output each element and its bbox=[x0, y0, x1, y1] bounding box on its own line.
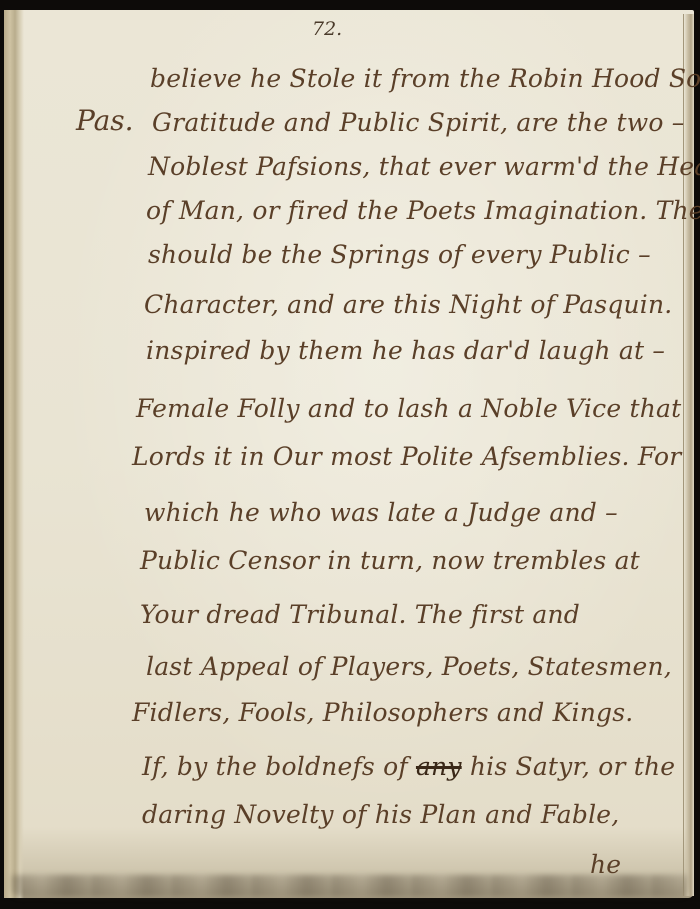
catchword: he bbox=[590, 850, 621, 879]
text-line-6: Character, and are this Night of Pasquin… bbox=[144, 290, 672, 319]
struck-word: any bbox=[416, 752, 462, 781]
speaker-label: Pas. bbox=[76, 104, 134, 137]
page-number: 72. bbox=[312, 18, 342, 40]
page-edge bbox=[683, 14, 694, 896]
text-line-7: inspired by them he has dar'd laugh at – bbox=[146, 336, 665, 365]
text-line-12: Your dread Tribunal. The first and bbox=[140, 600, 580, 629]
page-bottom-stain bbox=[12, 875, 688, 897]
text-line-2: Gratitude and Public Spirit, are the two… bbox=[152, 108, 684, 137]
text-line-11: Public Censor in turn, now trembles at bbox=[140, 546, 640, 575]
text-line-15-start: If, by the boldnefs of bbox=[142, 752, 408, 781]
text-line-4: of Man, or fired the Poets Imagination. … bbox=[146, 196, 700, 225]
text-line-5: should be the Springs of every Public – bbox=[148, 240, 651, 269]
text-line-9: Lords it in Our most Polite Afsemblies. … bbox=[132, 442, 681, 471]
text-line-16: daring Novelty of his Plan and Fable, bbox=[142, 800, 619, 829]
text-line-14: Fidlers, Fools, Philosophers and Kings. bbox=[132, 698, 633, 727]
text-line-10: which he who was late a Judge and – bbox=[144, 498, 618, 527]
text-line-15: If, by the boldnefs of any his Satyr, or… bbox=[142, 752, 675, 781]
manuscript-viewer: 72. believe he Stole it from the Robin H… bbox=[0, 0, 700, 909]
text-line-3: Noblest Pafsions, that ever warm'd the H… bbox=[148, 152, 700, 181]
text-line-8: Female Folly and to lash a Noble Vice th… bbox=[136, 394, 681, 423]
text-line-13: last Appeal of Players, Poets, Statesmen… bbox=[146, 652, 672, 681]
text-line-1: believe he Stole it from the Robin Hood … bbox=[150, 64, 700, 93]
text-line-15-end: his Satyr, or the bbox=[470, 752, 675, 781]
binding-gutter bbox=[4, 10, 24, 898]
